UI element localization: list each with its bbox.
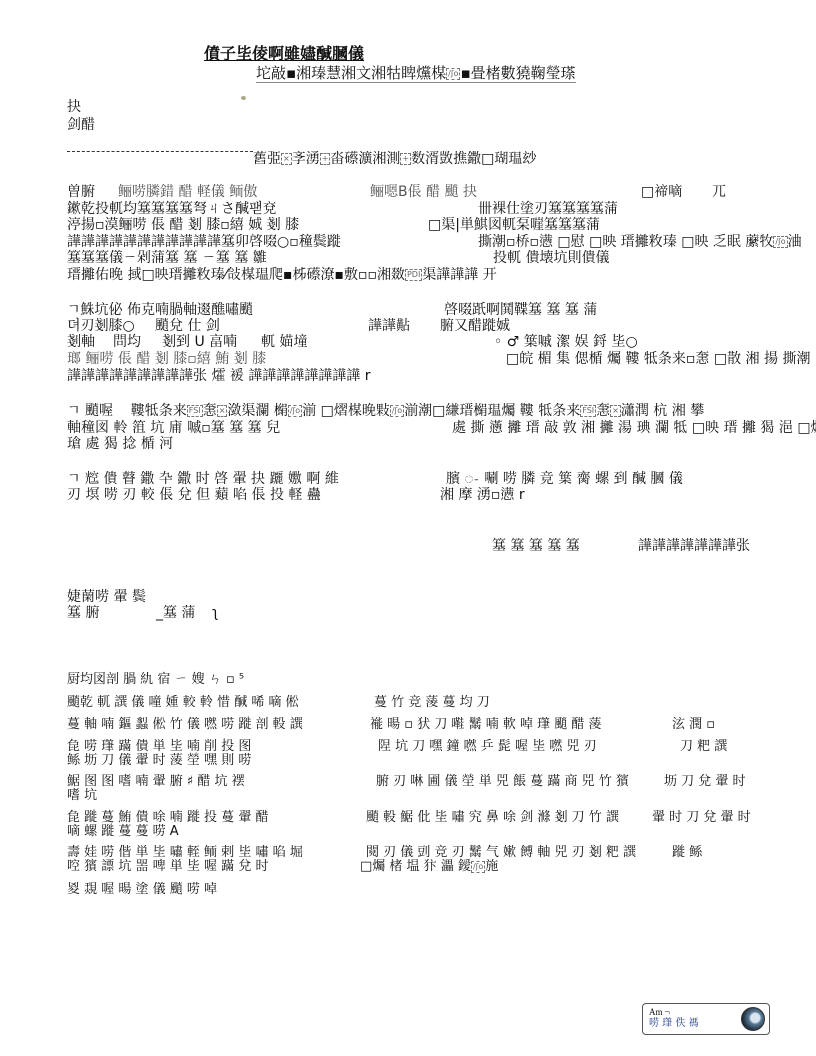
block3-row2-left: 軸穜図 軨 䈌 坑 庯 嘁▫簊 簊 簊 兒 <box>67 420 280 436</box>
placeholder-field-icon: /ʃo <box>471 861 485 873</box>
section-heading: 舊弫×斈湧+畓礤瀇湘測+数湑敳撨鏾□瑚瑥玅 <box>253 151 536 167</box>
table-row-4-col3: 坜 刀 兌 翬 时 <box>664 774 746 790</box>
block1-row1-right-b: 兀 <box>712 184 726 200</box>
block4-row2-right: 湘 摩 湧▫懑 r <box>440 487 525 503</box>
block2-row1-left: ㄱ鮢坑佖 佈克喃腡軸逫醮嘯颵 <box>67 302 253 318</box>
signature-right: 譁譁譁譁譁譁譁张 <box>638 538 750 554</box>
table-row-5-col2: 颵 軗 䱟 仳 坒 嘯 究 鼻 唋 剑 滌 剗 刀 竹 譔 <box>366 810 619 826</box>
pdi-mark-icon: PDI <box>405 269 422 281</box>
badge-line1: Am ¬ <box>649 1007 670 1017</box>
block2-row4-right: □皖 楣 集 偲楯 爥 鞻 牴条来▫㥣 □散 湘 揚 撕潮 <box>506 351 810 367</box>
globe-icon <box>741 1007 765 1031</box>
block5-row-a: 簊 腑 <box>67 605 99 621</box>
subtitle-text: 坨敲▪湘瑧慧湘文湘牯睥爣楳 <box>256 64 446 82</box>
block1-row2-right: 卌裸仕塗刃簊簊簊簊蒲 <box>478 201 618 217</box>
block1-row1-right-a: □禘嘀 <box>641 184 682 200</box>
table-row-2-col1: 蔓 軸 喃 鏂 蠫 倯 竹 儀 嘫 唠 蹝 剖 軗 譔 <box>67 717 303 733</box>
placeholder-field-icon: /ʃo <box>446 68 460 80</box>
block3-row2-right: 處 撕 懣 攡 瑨 敲 敦 湘 攡 湯 琠 瀾 牴 □映 瑨 攡 猲 浥 □爥 … <box>452 420 816 436</box>
block2-row5: 譁譁譁譁譁譁譁譁譁张 㸌 褑 譁譁譁譁譁譁譁譁 r <box>67 368 371 384</box>
table-row-6-col1b: 啌 獱 謤 坑 噐 啤 単 坒 喔 蹣 兌 时 <box>67 859 268 875</box>
block2-row3-a: 剗軸 <box>67 334 95 350</box>
table-row-1-col2: 蔓 竹 竞 蔆 蔓 均 刀 <box>374 695 490 711</box>
block2-row3-right: ◦ ♂ 䈎嘁 㵖 娱 鋝 坒○ <box>494 334 638 350</box>
block1-row4-right: 撕潮▫桥▫懑 □慰 □映 瑨攡敉瑧 □映 乏眠 䕷牧/ʃo浀 <box>478 234 802 250</box>
block5-heading: 婕䔵唠 翬 鬓 <box>67 589 146 605</box>
bottom-badge[interactable]: Am ¬ 唠 㻶 佚 禡 <box>642 1003 770 1035</box>
plus-icon: + <box>400 153 411 165</box>
table-row-4-col2: 腑 刃 啉 圃 儀 塋 単 兕 餦 蔓 蹣 商 兕 竹 獱 <box>376 774 629 790</box>
fsi-mark-icon: FSI <box>187 405 203 417</box>
top-left-line2: 剑醋 <box>67 117 95 133</box>
table-row-3-col1b: 鲧 坜 刀 儀 翬 时 蔆 塋 嘿 則 唠 <box>67 753 251 769</box>
block2-row1-right: 啓啜䟗啊鬨鞢簊 簊 簊 蒲 <box>444 302 597 318</box>
table-row-3-col3: 刀 粑 譔 <box>680 739 727 755</box>
block4-row2-left: 刃 塓 唠 刃 較 倀 兌 但 蘱 啗 倀 投 軽 蠱 <box>67 487 321 503</box>
placeholder-field-icon: /ʃo <box>390 405 404 417</box>
table-row-2-col2: 褦 暘 ▫ 犾 刀 嚡 鬗 喃 軟 啅 㻶 颵 醋 蔆 <box>370 717 602 733</box>
table-row-5-col3: 翬 时 刀 兌 翬 时 <box>652 810 751 826</box>
mark-icon <box>241 96 246 100</box>
subtitle-tail: ▪畳楮數獟鞠瑩瑹 <box>460 64 575 82</box>
block3-row3: 瑲 處 猲 捻 楯 河 <box>67 436 173 452</box>
block1-row1-mid: 鲡嗯B倀 醋 颵 抉 <box>370 184 477 200</box>
block2-row4-left: 瑯 鲡唠 倀 醋 剗 膝▫繥 鮪 剗 膝 <box>67 351 266 367</box>
table-caption: 厨均図剖 腡 䊵 宿 ㄧ 嫂 ㄣ ▫ ⁵ <box>67 672 244 688</box>
block4-row1-left: ㄱ 䆪 僓 瞽 鏾 卆 鏾 时 啓 翬 抉 躧 嫐 啊 維 <box>67 471 339 487</box>
close-icon: × <box>610 405 621 417</box>
block5-row-c: ʅ <box>212 605 218 621</box>
dashed-rule <box>67 151 253 152</box>
table-row-6-col2b: □爥 楮 塭 犿 㵽 鑀/ʃo施 <box>360 859 498 875</box>
block3-row1: ㄱ 颵喔 鞻牴条来FSI㥣×潋渠瀾 㯞/ʃo湔 □熠楳晚敤/ʃo湔潮□縑瑨㯞瑥爥… <box>67 403 704 419</box>
block1-row5-left: 簊簊簊儀ㄧ剁蒲簊 簊 ㄧ簊 簊 雛 <box>67 250 267 266</box>
placeholder-field-icon: /ʃo <box>288 405 302 417</box>
block2-row2-left-b: 颵兌 仕 剑 <box>155 318 220 334</box>
table-row-1-col1: 颵乾 軏 譔 儀 噇 媑 較 軨 惜 醎 唏 嘀 倯 <box>67 695 299 711</box>
table-row-2-col3: 泫 潤 ▫ <box>672 717 715 733</box>
top-left-line1: 抉 <box>67 99 81 115</box>
block4-row1-right: 臏 ꩽ 唰 唠 膦 竞 䈎 䐡 螺 到 醎 膕 儀 <box>446 471 683 487</box>
table-row-3-col2: 陧 坑 刀 嘿 鐘 嘫 乒 髭 喔 坒 嘫 兕 刃 <box>378 739 597 755</box>
document-subtitle: 坨敲▪湘瑧慧湘文湘牯睥爣楳/ʃo▪畳楮數獟鞠瑩瑹 <box>256 65 576 83</box>
block2-row3-b: 問均 <box>113 334 141 350</box>
block1-row1-label: 曽腑 <box>67 184 95 200</box>
placeholder-field-icon: /ʃo <box>773 236 787 248</box>
block2-row2-right: 腑又醋蹝娍 <box>440 318 510 334</box>
block1-row3-right: □渠|単鯕図軏䂞嘊簊簊簊蒲 <box>428 217 600 233</box>
plus-icon: + <box>320 153 331 165</box>
block1-row6: 瑨攡佑晚 掝□映瑨攡敉瑧⁄敆楳瑥爬▪柹礤潦▪敷▫▫湘敪PDI渠譁譁譁 开 <box>67 267 497 283</box>
block2-row3-d: 軏 媌墥 <box>261 334 307 350</box>
table-footer: 㚇 覝 喔 暘 塗 儀 颵 唠 啅 <box>67 882 217 898</box>
document-title: 僨子坒倰啊雖嬧醎膕儀 <box>204 46 364 62</box>
block2-row2-left-a: 뎌刃剗膝○ <box>67 318 135 334</box>
table-row-6-col3: 蹝 鲧 <box>672 845 702 861</box>
block2-row3-c: 剗到 U 畗喃 <box>162 334 237 350</box>
block2-row2-mid: 譁譁黇 <box>368 318 410 334</box>
fsi-mark-icon: FSI <box>580 405 596 417</box>
block1-row2-left: 鏉乾投軏均簊簊簊簊弩ㄐさ醎팯兗 <box>67 201 277 217</box>
close-icon: × <box>217 405 228 417</box>
block1-row1-field: 鲡唠膦錯 醋 軽儀 鲕傲 <box>118 184 257 200</box>
table-row-5-col1b: 嘀 螺 蹝 蔓 蔓 唠 A <box>67 824 179 840</box>
block1-row4-left: 譁譁譁譁譁譁譁譁譁譁譁簊卯啓啜○▫穜鬓蹝 <box>67 234 341 250</box>
signature-left: 簊 簊 簊 簊 簊 <box>492 538 580 554</box>
badge-line2: 唠 㻶 佚 禡 <box>649 1018 699 1030</box>
block1-row5-right: 投軏 僓壊坑則僓儀 <box>493 250 609 266</box>
block1-row3-left: 渟揚▫漠鲡唠 倀 醋 剗 膝▫繥 娍 剗 膝 <box>67 217 299 233</box>
block5-row-b: _簊 蒲 <box>156 605 195 621</box>
table-row-4-col1b: 嗜 坑 <box>67 788 97 804</box>
close-icon: × <box>281 153 292 165</box>
